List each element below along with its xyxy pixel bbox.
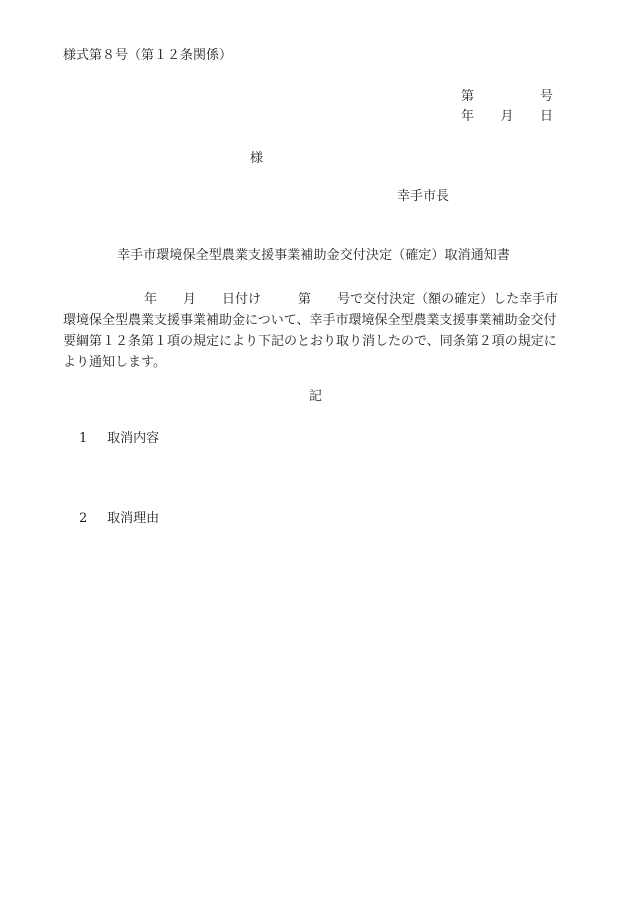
item-number: 2 xyxy=(79,511,103,527)
body-year: 年 xyxy=(144,292,157,307)
doc-number-suffix: 号 xyxy=(540,89,553,105)
body-no-prefix: 第 xyxy=(298,292,311,307)
item-number: 1 xyxy=(79,431,103,447)
date-year: 年 xyxy=(461,109,474,125)
ki-heading: 記 xyxy=(309,389,322,405)
body-line-1: 年月日付け第号で交付決定（額の確定）した幸手市 xyxy=(63,289,569,310)
sender-name: 幸手市長 xyxy=(397,189,449,205)
item-label: 取消理由 xyxy=(107,511,159,526)
form-number: 様式第８号（第１２条関係） xyxy=(63,48,232,64)
body-month: 月 xyxy=(183,292,196,307)
document-number-line: 第 号 xyxy=(461,89,553,105)
date-day: 日 xyxy=(540,109,553,125)
addressee-suffix: 様 xyxy=(250,151,263,167)
doc-number-prefix: 第 xyxy=(461,89,474,105)
body-line-2: 環境保全型農業支援事業補助金について、幸手市環境保全型農業支援事業補助金交付 xyxy=(63,310,569,331)
item-cancellation-content: 1 取消内容 xyxy=(79,431,159,447)
body-day-dated: 日付け xyxy=(222,292,261,307)
item-label: 取消内容 xyxy=(107,431,159,446)
document-title: 幸手市環境保全型農業支援事業補助金交付決定（確定）取消通知書 xyxy=(117,248,510,264)
date-month: 月 xyxy=(500,109,513,125)
document-date-line: 年 月 日 xyxy=(461,109,553,125)
body-paragraph: 年月日付け第号で交付決定（額の確定）した幸手市 環境保全型農業支援事業補助金につ… xyxy=(63,289,569,373)
document-page: 様式第８号（第１２条関係） 第 号 年 月 日 様 幸手市長 幸手市環境保全型農… xyxy=(0,0,630,903)
body-line-4: より通知します。 xyxy=(63,352,569,373)
item-cancellation-reason: 2 取消理由 xyxy=(79,511,159,527)
body-line-1-rest: 号で交付決定（額の確定）した幸手市 xyxy=(337,292,558,307)
body-line-3: 要綱第１２条第１項の規定により下記のとおり取り消したので、同条第２項の規定に xyxy=(63,331,569,352)
